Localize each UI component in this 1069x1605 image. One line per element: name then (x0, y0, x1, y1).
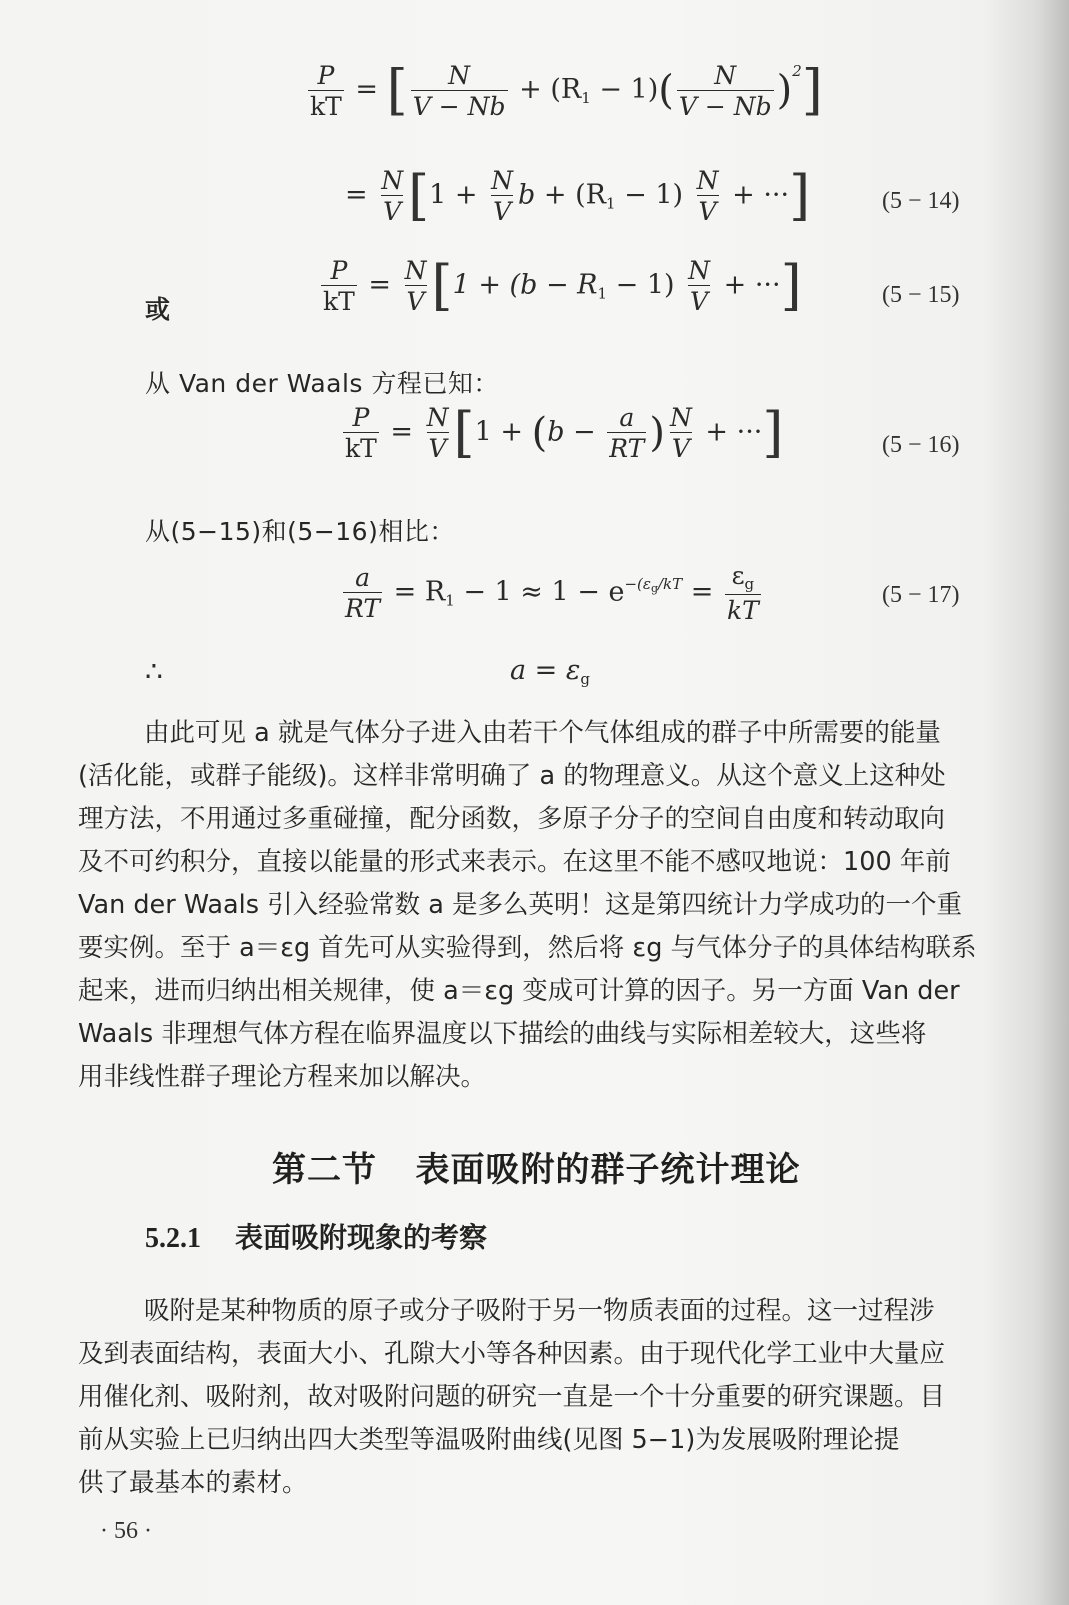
section-title: 第二节 表面吸附的群子统计理论 (272, 1142, 801, 1191)
fraction: PkT (321, 258, 357, 314)
fraction: NV − Nb (411, 63, 508, 119)
vdw-intro-text: 从 Van der Waals 方程已知： (145, 364, 499, 400)
fraction: aRT (343, 565, 382, 621)
subsection-title: 表面吸附现象的考察 (235, 1221, 487, 1254)
equation-line-4: PkT = NV[1 + (b − aRT)NV + ···] (340, 405, 783, 461)
fraction: aRT (607, 405, 646, 461)
subsection-heading: 5.2.1表面吸附现象的考察 (145, 1216, 487, 1256)
fraction: NV (403, 258, 429, 314)
fraction: NV (425, 405, 451, 461)
fraction: NV (695, 168, 721, 224)
text-line: 起来，进而归纳出相关规律，使 a＝εg 变成可计算的因子。另一方面 Van de… (78, 970, 1008, 1013)
equation-line-3: PkT = NV[1 + (b − R1 − 1) NV + ···] (318, 258, 802, 314)
fraction: NV (379, 168, 405, 224)
equation-number: (5 − 17) (882, 582, 960, 609)
text-line: Van der Waals 引入经验常数 a 是多么英明！这是第四统计力学成功的… (78, 884, 1008, 927)
text-line: Waals 非理想气体方程在临界温度以下描绘的曲线与实际相差较大，这些将 (78, 1013, 1008, 1056)
left-bracket: [ (387, 59, 408, 122)
text-line: 及不可约积分，直接以能量的形式来表示。在这里不能不感叹地说：100 年前 (78, 841, 1008, 884)
text-line: (活化能，或群子能级)。这样非常明确了 a 的物理意义。从这个意义上这种处 (78, 755, 1008, 798)
text-line: 用非线性群子理论方程来加以解决。 (78, 1056, 1008, 1099)
subsection-number: 5.2.1 (145, 1223, 201, 1254)
or-label: 或 (145, 290, 171, 326)
equation-line-1: PkT = [NV − Nb + (R1 − 1)(NV − Nb)2] (305, 62, 823, 119)
fraction: NV (489, 168, 515, 224)
paragraph-1: 由此可见 a 就是气体分子进入由若干个气体组成的群子中所需要的能量 (活化能，或… (78, 712, 1008, 1099)
fraction: PkT (308, 63, 344, 119)
equation-a-equals-eg: a = εg (510, 655, 590, 688)
equation-number: (5 − 16) (882, 432, 960, 459)
equation-line-2: = NV[1 + NVb + (R1 − 1) NV + ···] (345, 168, 810, 224)
text-line: 要实例。至于 a＝εg 首先可从实验得到，然后将 εg 与气体分子的具体结构联系 (78, 927, 1008, 970)
compare-text: 从(5−15)和(5−16)相比： (145, 512, 455, 548)
equation-line-5: aRT = R1 − 1 ≈ 1 − e−(εg/kT = εgkT (340, 563, 764, 623)
fraction: εgkT (725, 563, 761, 623)
fraction: NV (686, 258, 712, 314)
equation-number: (5 − 14) (882, 188, 960, 215)
therefore-symbol: ∴ (145, 655, 163, 688)
text-line: 供了最基本的素材。 (78, 1462, 1008, 1505)
text-line: 前从实验上已归纳出四大类型等温吸附曲线(见图 5−1)为发展吸附理论提 (78, 1419, 1008, 1462)
text-line: 由此可见 a 就是气体分子进入由若干个气体组成的群子中所需要的能量 (78, 712, 1008, 755)
text-line: 理方法，不用通过多重碰撞，配分函数，多原子分子的空间自由度和转动取向 (78, 798, 1008, 841)
text-line: 及到表面结构，表面大小、孔隙大小等各种因素。由于现代化学工业中大量应 (78, 1333, 1008, 1376)
paragraph-2: 吸附是某种物质的原子或分子吸附于另一物质表面的过程。这一过程涉 及到表面结构，表… (78, 1290, 1008, 1505)
fraction: NV − Nb (677, 63, 774, 119)
text-line: 用催化剂、吸附剂，故对吸附问题的研究一直是一个十分重要的研究课题。目 (78, 1376, 1008, 1419)
fraction: PkT (343, 405, 379, 461)
fraction: NV (668, 405, 694, 461)
page-number: · 56 · (100, 1518, 152, 1545)
text-line: 吸附是某种物质的原子或分子吸附于另一物质表面的过程。这一过程涉 (78, 1290, 1008, 1333)
equation-number: (5 − 15) (882, 282, 960, 309)
book-page: PkT = [NV − Nb + (R1 − 1)(NV − Nb)2] = N… (0, 0, 1069, 1605)
